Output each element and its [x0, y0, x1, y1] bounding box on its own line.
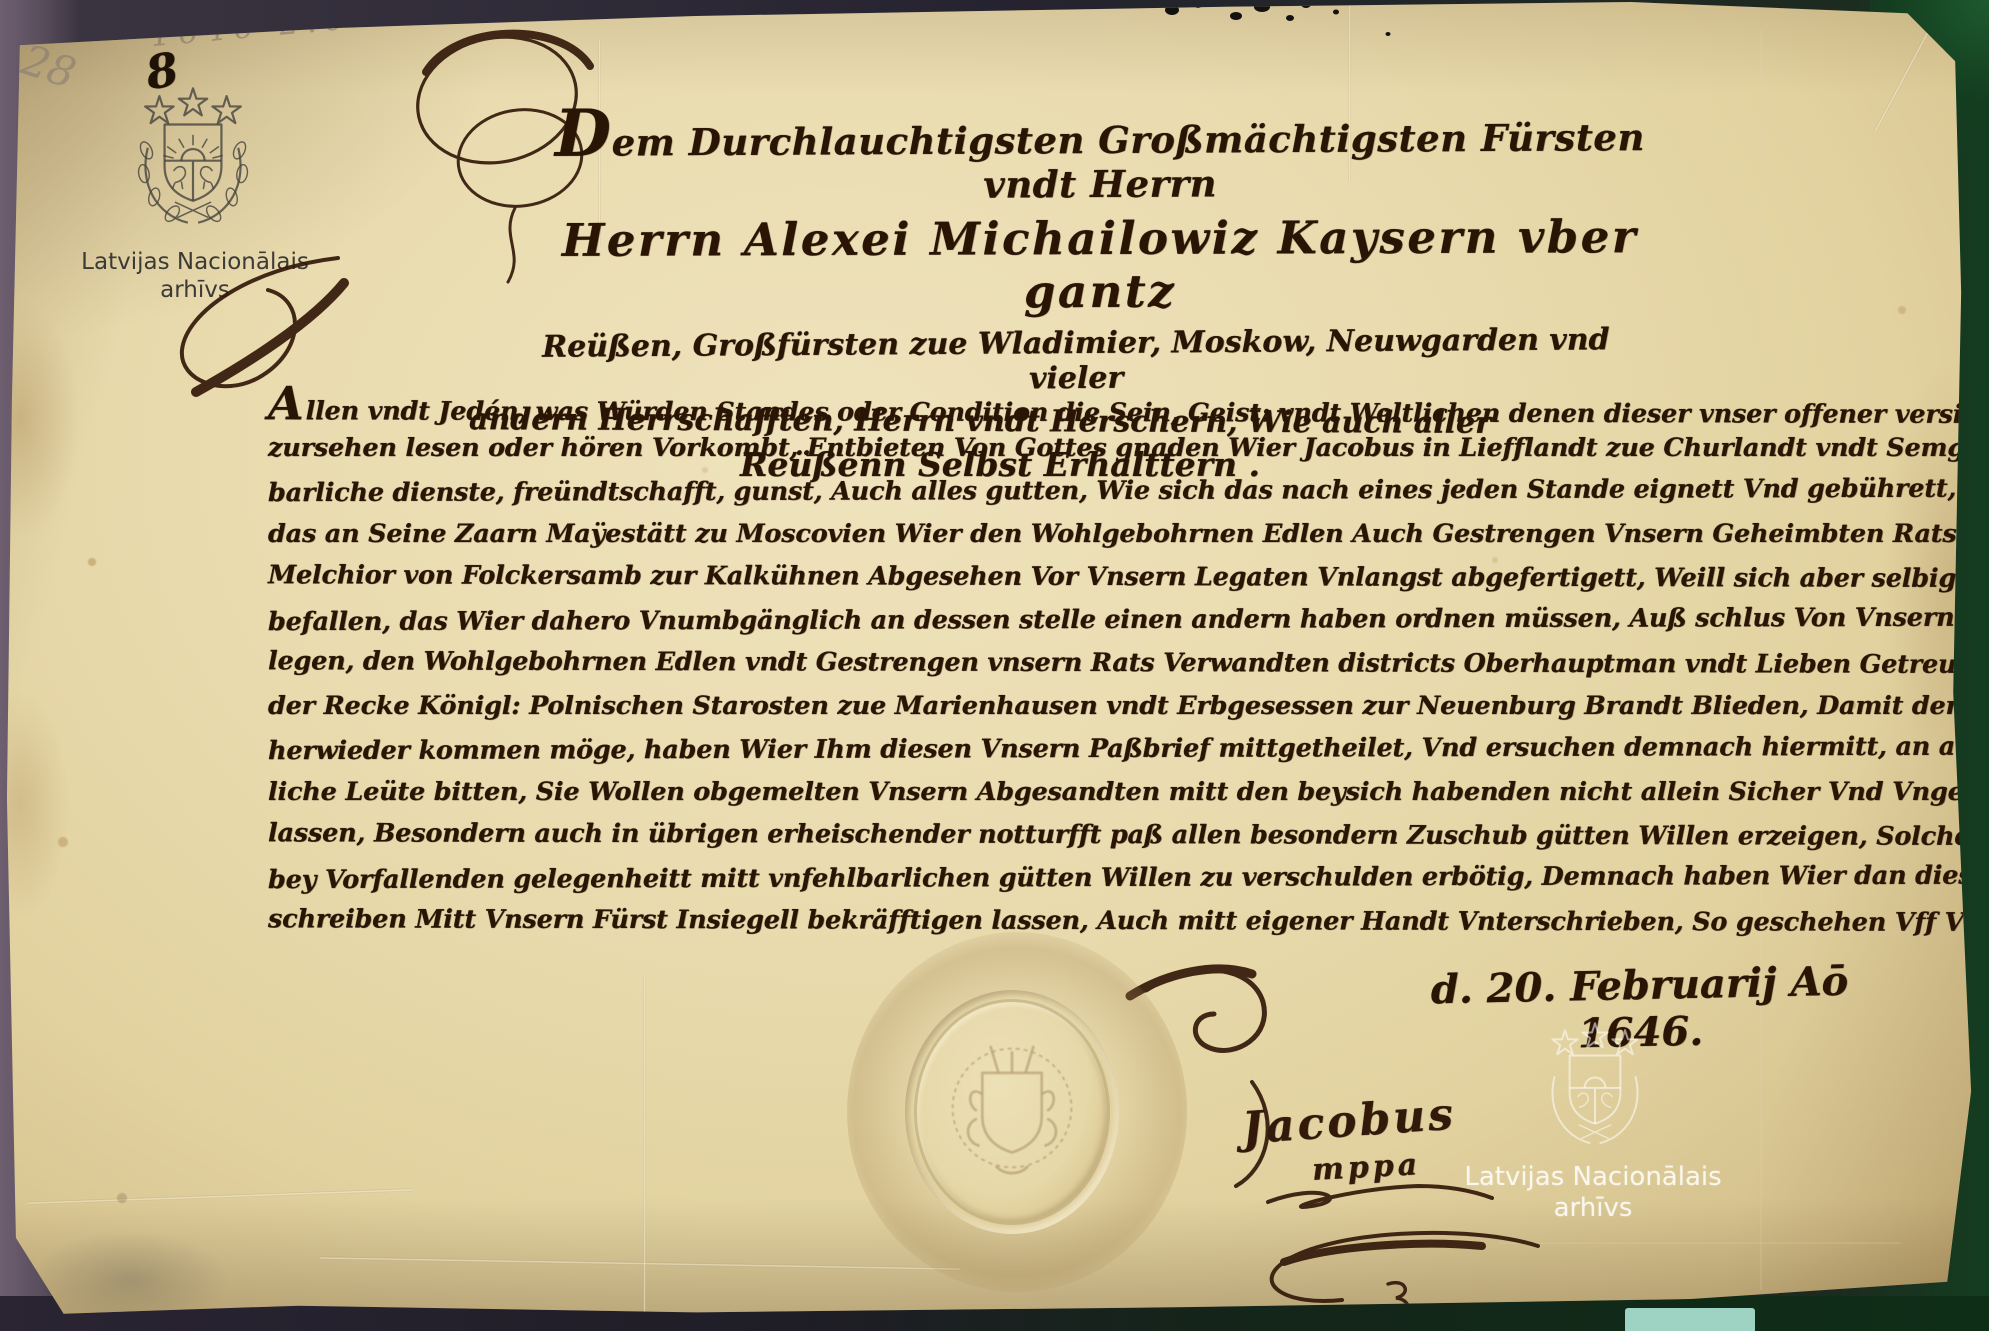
archive-watermark-line2: arhīvs	[1448, 1193, 1738, 1224]
archive-stamp-line1: Latvijas Nacionālais	[60, 248, 330, 276]
manuscript-line: befallen, das Wier dahero Vnumbgänglich …	[268, 597, 1914, 644]
pencil-note-corner: 28	[16, 35, 82, 98]
address-line: Dem Durchlauchtigsten Großmächtigsten Fü…	[520, 109, 1680, 209]
manuscript-line: herwieder kommen möge, haben Wier Ihm di…	[268, 726, 1914, 773]
letter-body: Allen vndt Jedén, was Würden Standes ode…	[268, 384, 1914, 943]
archive-stamp-text: Latvijas Nacionālais arhīvs	[60, 248, 330, 304]
signature-bottom-swash	[1272, 1233, 1538, 1301]
archive-watermark-text: Latvijas Nacionālais arhīvs	[1448, 1162, 1738, 1224]
manuscript-line: schreiben Mitt Vnsern Fürst Insiegell be…	[268, 898, 1914, 944]
manuscript-line: lassen, Besondern auch in übrigen erheis…	[268, 812, 1914, 858]
archive-stamp-line2: arhīvs	[60, 276, 330, 304]
address-line-tsar-name: Herrn Alexei Michailowiz Kaysern vber ga…	[520, 210, 1680, 320]
manuscript-line: barliche dienste, freündtschafft, gunst,…	[268, 468, 1914, 515]
manuscript-line: bey Vorfallenden gelegenheitt mitt vnfeh…	[268, 855, 1914, 902]
paper-crease	[28, 1188, 413, 1204]
manuscript-line: zursehen lesen oder hören Vorkombt, Entb…	[268, 427, 1914, 470]
lion-icon	[172, 167, 185, 189]
pencil-note-top: 1646 2.0 Febr	[149, 0, 476, 54]
seal-crest-relief	[931, 1016, 1093, 1208]
manuscript-line: Melchior von Folckersamb zur Kalkühnen A…	[268, 554, 1914, 600]
manuscript-line: legen, den Wohlgebohrnen Edlen vndt Gest…	[268, 640, 1914, 686]
scanner-mat-teal-patch	[1625, 1308, 1755, 1331]
star-icon	[1582, 1023, 1607, 1047]
paper-stain	[0, 300, 80, 540]
archive-coat-of-arms-stamp	[114, 78, 272, 246]
paper-crease	[643, 975, 646, 1320]
manuscript-paper: Latvijas Nacionālais arhīvs 8 1646 2.0 F…	[0, 0, 1989, 1331]
paper-crease	[1874, 24, 1933, 131]
star-icon	[1612, 1030, 1637, 1054]
signature-jacobus: Jacobus	[1240, 1089, 1457, 1155]
ink-blots	[1151, 0, 1391, 36]
manuscript-line: liche Leüte bitten, Sie Wollen obgemelte…	[268, 771, 1914, 814]
star-icon	[212, 96, 240, 123]
star-icon	[1552, 1030, 1577, 1054]
paper-crease	[320, 1256, 960, 1270]
paper-stain	[0, 690, 70, 920]
scanned-manuscript-page: Latvijas Nacionālais arhīvs 8 1646 2.0 F…	[0, 0, 1989, 1331]
manuscript-line: Allen vndt Jedén, was Würden Standes ode…	[268, 382, 1914, 428]
archive-coat-of-arms-watermark	[1524, 1014, 1666, 1164]
lion-icon	[201, 167, 214, 189]
manuscript-line: der Recke Königl: Polnischen Starosten z…	[268, 685, 1914, 728]
embossed-seal	[905, 990, 1119, 1234]
archive-watermark-line1: Latvijas Nacionālais	[1448, 1162, 1738, 1193]
manuscript-line: das an Seine Zaarn Maÿestätt zu Moscovie…	[268, 513, 1914, 556]
signature-manu-propria: mppa	[1311, 1147, 1422, 1188]
star-icon	[179, 88, 207, 115]
paper-crease	[1500, 1242, 1900, 1244]
star-icon	[145, 96, 173, 123]
